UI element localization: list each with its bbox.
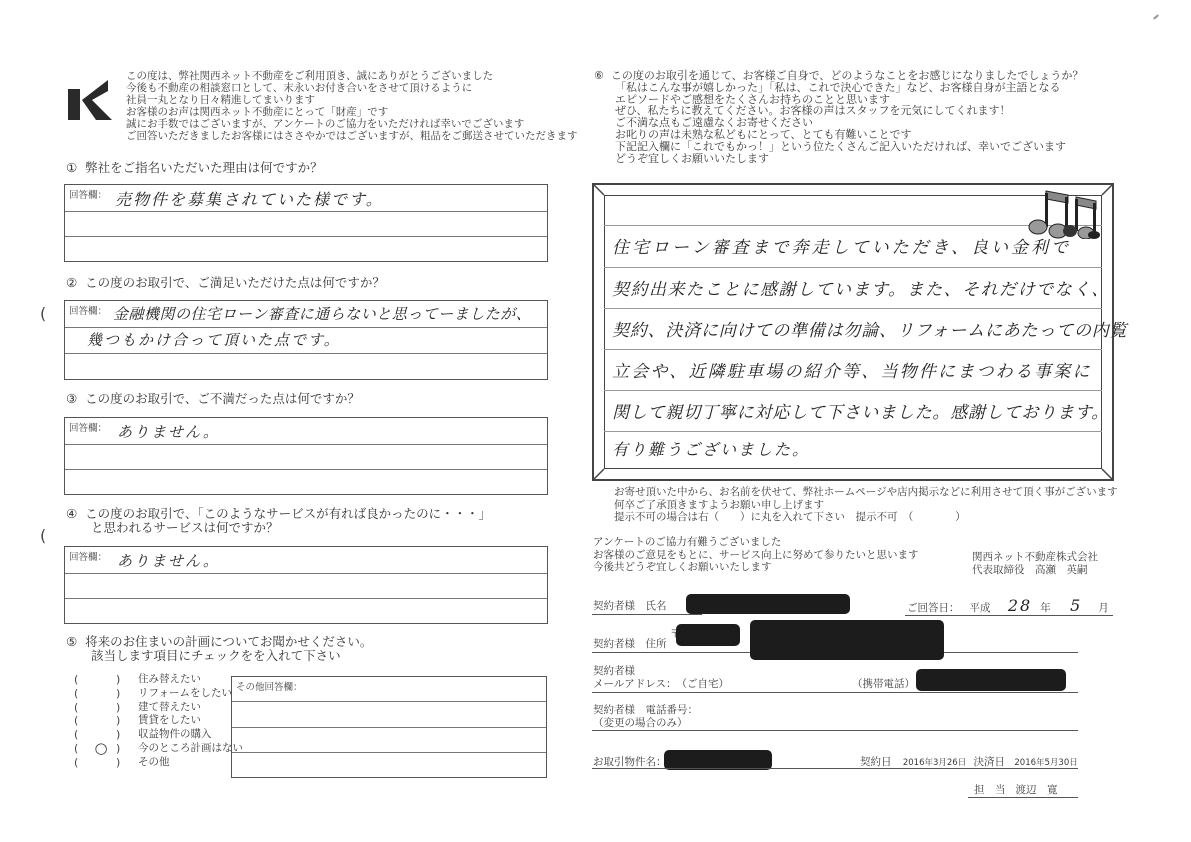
company-signature: 関西ネット不動産株式会社 代表取締役 高瀬 英嗣 xyxy=(972,551,1098,576)
margin-bracket: ( xyxy=(40,526,46,545)
staff: 担 当 渡辺 寛 xyxy=(974,784,1058,796)
answer-4-line-1: ありません。 xyxy=(117,550,220,571)
q6-answer-line-3: 契約、決済に向けての準備は勿論、リフォームにあたっての内覧 xyxy=(612,316,1127,341)
question-3: ③ この度のお取引で、ご不満だった点は何ですか？ xyxy=(66,389,360,407)
other-answer-box[interactable]: その他回答欄： xyxy=(231,676,547,778)
answer-box-3[interactable]: 回答欄： ありません。 xyxy=(64,417,548,495)
answer-box-2[interactable]: 回答欄： 金融機関の住宅ローン審査に通らないと思ってーましたが、 幾つもかけ合っ… xyxy=(64,300,548,380)
name-label: 契約者様 氏名 xyxy=(593,600,667,612)
answer-1-line-1: 売物件を募集されていた様です。 xyxy=(115,187,384,210)
q6-answer-frame[interactable]: 住宅ローン審査まで奔走していただき、良い金利で 契約出来たことに感謝しています。… xyxy=(592,183,1114,481)
company-logo xyxy=(68,80,114,120)
option-row[interactable]: ()建て替えたい xyxy=(74,701,243,715)
music-notes-icon xyxy=(1024,187,1102,239)
phone-label: 契約者様 電話番号： （変更の場合のみ） xyxy=(593,704,698,729)
q6-answer-line-6: 有り難うございました。 xyxy=(612,437,810,460)
answer-3-line-1: ありません。 xyxy=(117,421,220,442)
question-5: ⑤ 将来のお住まいの計画についてお聞かせください。 該当します項目にチェックをを… xyxy=(66,635,372,663)
question-2: ② この度のお取引で、ご満足いただけた点は何ですか？ xyxy=(66,273,385,291)
q6-prompt: ⑥ この度のお取引を通じて、お客様ご自身で、どのようなことをお感じになりましたで… xyxy=(594,70,1083,164)
q6-answer-line-5: 関して親切丁寧に対応して下さいました。感謝しております。 xyxy=(612,398,1109,423)
answer-month[interactable]: 5 xyxy=(1054,596,1098,615)
q6-answer-line-1: 住宅ローン審査まで奔走していただき、良い金利で xyxy=(612,233,1071,258)
question-4: ④ この度のお取引で、「このようなサービスが有れば良かったのに・・・」 と思われ… xyxy=(66,507,491,535)
redacted-mobile xyxy=(916,669,1066,691)
redacted-postal xyxy=(676,624,740,646)
redacted-property xyxy=(664,750,772,770)
answer-2-line-1: 金融機関の住宅ローン審査に通らないと思ってーましたが、 xyxy=(113,303,531,324)
property-label: お取引物件名： xyxy=(593,756,667,768)
option-row[interactable]: ()賃貸をしたい xyxy=(74,714,243,728)
address-label: 契約者様 住所 xyxy=(593,638,667,650)
circle-mark: ○ xyxy=(86,742,116,756)
answer-year[interactable]: 28 xyxy=(994,596,1040,615)
redacted-name xyxy=(686,594,850,614)
margin-bracket: ( xyxy=(40,304,46,323)
answer-date: ご回答日： 平成 28年 5月 xyxy=(907,600,1109,614)
option-row[interactable]: (○)今のところ計画はない xyxy=(74,742,243,756)
answer-box-1[interactable]: 回答欄： 売物件を募集されていた様です。 xyxy=(64,184,548,262)
option-row[interactable]: ()住み替えたい xyxy=(74,673,243,687)
scan-mark xyxy=(1153,14,1159,19)
no-publish-checkbox[interactable]: 提示不可の場合は右（ ）に丸を入れて下さい 提示不可 （ ） xyxy=(614,511,1118,524)
closing-message: アンケートのご協力有難うございました お客様のご意見をもとに、サービス向上に努め… xyxy=(593,536,919,574)
publication-notice: お寄せ頂いた中から、お名前を伏せて、弊社ホームページや店内掲示などに利用させて頂… xyxy=(614,486,1118,524)
redacted-address xyxy=(750,620,944,660)
mobile-label: （携帯電話） xyxy=(852,678,915,690)
plan-options: ()住み替えたい ()リフォームをしたい ()建て替えたい ()賃貸をしたい (… xyxy=(74,673,243,770)
answer-2-line-2: 幾つもかけ合って頂いた点です。 xyxy=(87,329,341,350)
k-logo-icon xyxy=(68,80,114,120)
q6-answer-line-2: 契約出来たことに感謝しています。また、それだけでなく、 xyxy=(612,275,1110,300)
intro-text: この度は、弊社関西ネット不動産をご利用頂き、誠にありがとうございました 今後も不… xyxy=(126,70,578,142)
answer-box-4[interactable]: 回答欄： ありません。 xyxy=(64,546,548,624)
question-1: ① 弊社をご指名いただいた理由は何ですか？ xyxy=(66,158,323,176)
email-label: 契約者様 メールアドレス： （ご自宅） xyxy=(593,665,729,690)
q6-answer-line-4: 立会や、近隣駐車場の紹介等、当物件にまつわる事案に xyxy=(612,357,1092,382)
option-row[interactable]: ()その他 xyxy=(74,756,243,770)
option-row[interactable]: ()リフォームをしたい xyxy=(74,687,243,701)
